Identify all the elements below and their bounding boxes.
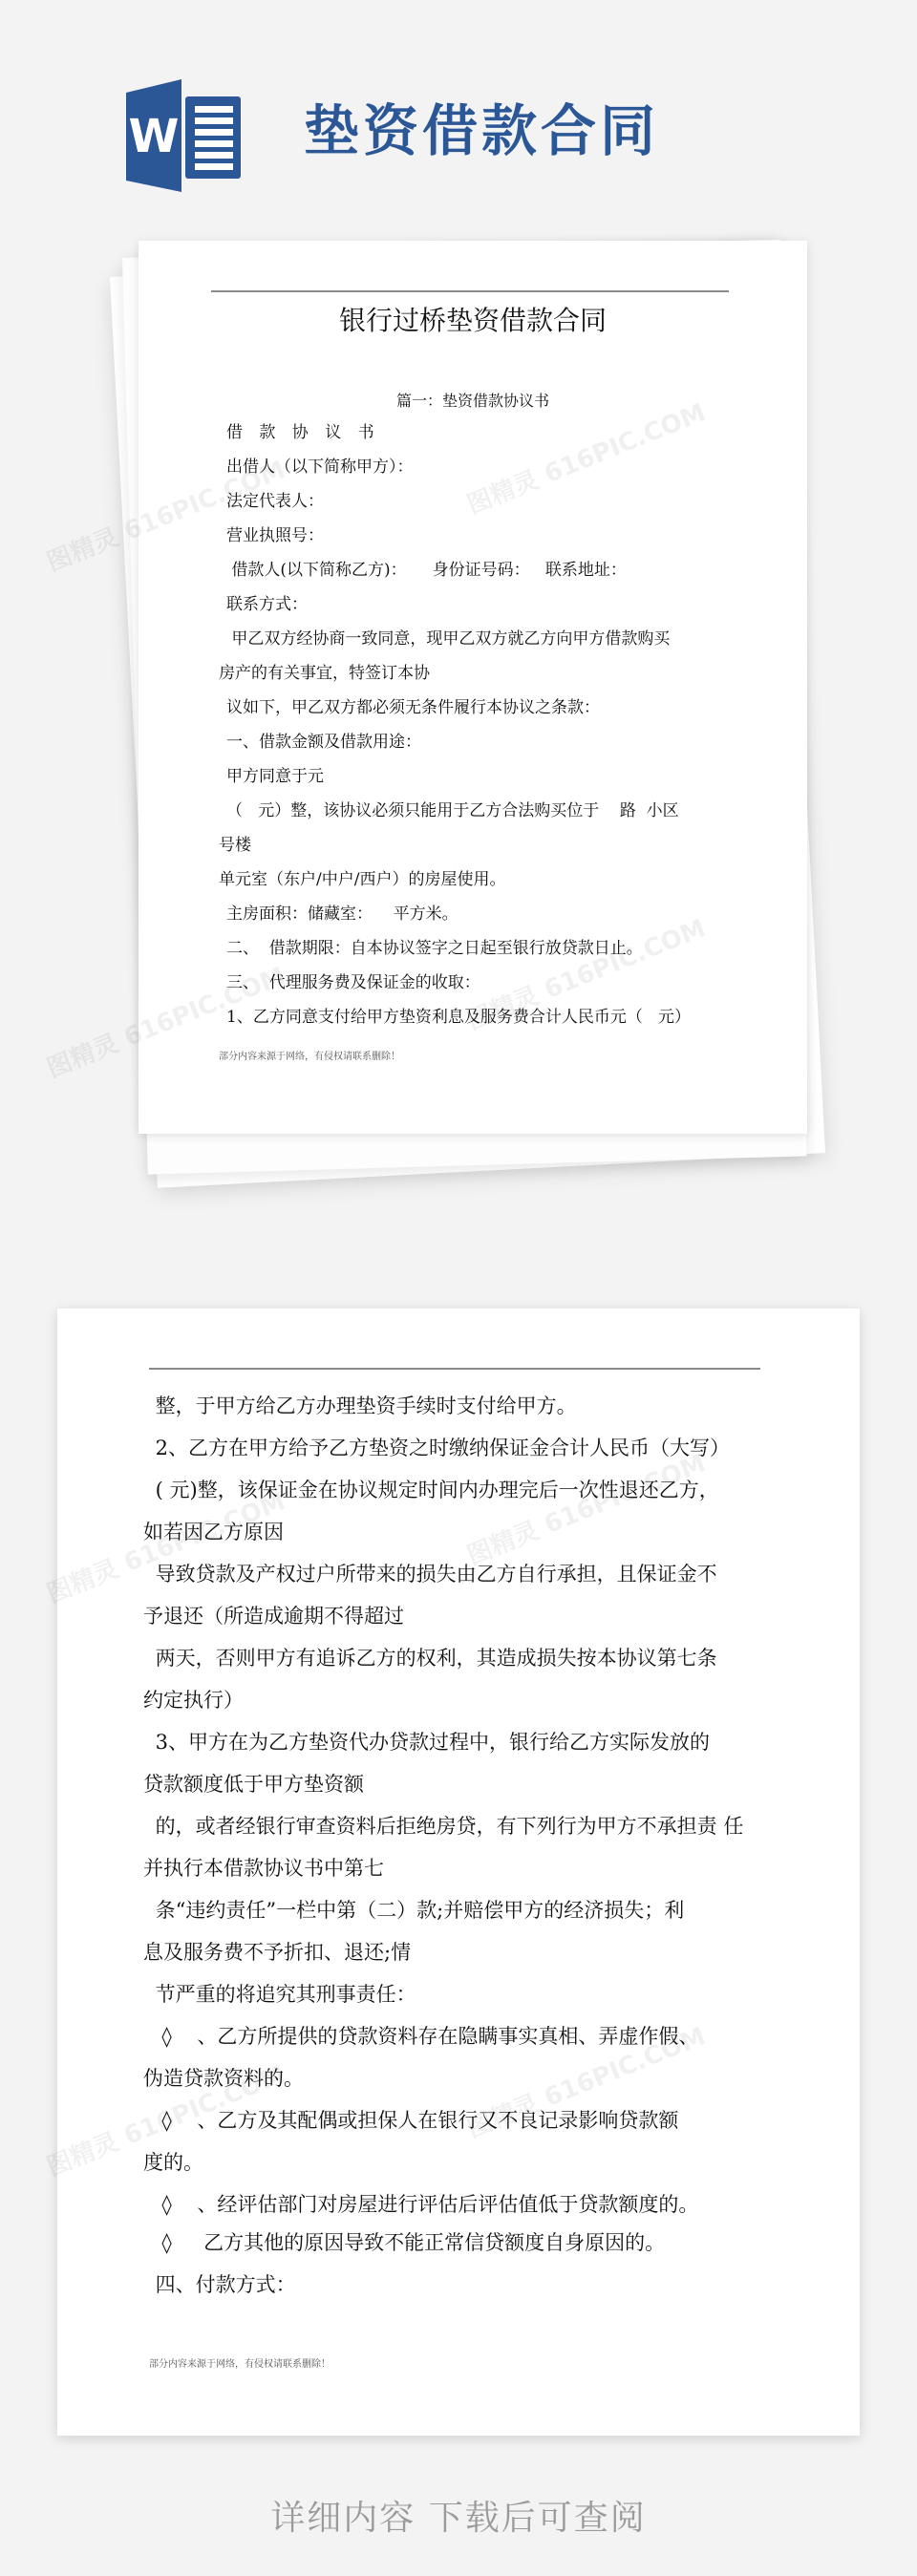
header-banner: W 垫资借款合同	[0, 0, 917, 220]
paragraph-line: 单元室（东户/中户/西户）的房屋使用。	[219, 865, 505, 889]
paragraph-line: 1、乙方同意支付给甲方垫资利息及服务费合计人民币元（ 元）	[226, 1003, 691, 1027]
paragraph-line: 两天，否则甲方有追诉乙方的权利，其造成损失按本协议第七条	[149, 1643, 717, 1671]
paragraph-line: 的，或者经银行审查资料后拒绝房贷，有下列行为甲方不承担责 任	[149, 1811, 743, 1840]
paragraph-line: 约定执行）	[143, 1685, 244, 1714]
paragraph-line: 出借人（以下简称甲方）：	[226, 453, 414, 477]
paragraph-line: 导致贷款及产权过户所带来的损失由乙方自行承担，且保证金不	[149, 1559, 717, 1587]
paragraph-line: 息及服务费不予折扣、退还;情	[143, 1937, 411, 1966]
paragraph-line: 一、借款金额及借款用途：	[226, 728, 421, 752]
paragraph-line: 二、 借款期限：自本协议签字之日起至银行放贷款日止。	[226, 934, 643, 958]
paragraph-line: 并执行本借款协议书中第七	[143, 1853, 384, 1882]
paragraph-line: 贷款额度低于甲方垫资额	[143, 1769, 364, 1798]
paragraph-line: 主房面积：储藏室： 平方米。	[226, 900, 458, 924]
header-rule	[149, 1368, 760, 1370]
paragraph-line: ( 元)整，该保证金在协议规定时间内办理完后一次性退还乙方，	[149, 1475, 719, 1503]
paragraph-line: 条“违约责任”一栏中第（二）款;并赔偿甲方的经济损失；利	[149, 1895, 684, 1924]
section-heading: 四、付款方式：	[149, 2269, 296, 2298]
document-page-1: 银行过桥垫资借款合同 篇一：垫资借款协议书 借 款 协 议 书 出借人（以下简称…	[139, 241, 807, 1134]
paragraph-line: 甲方同意于元	[226, 762, 324, 786]
paragraph-line: 三、 代理服务费及保证金的收取：	[226, 969, 480, 992]
paragraph-line: 伪造贷款资料的。	[143, 2063, 304, 2092]
paragraph-line: 节严重的将追究其刑事责任：	[149, 1979, 416, 2008]
svg-text:W: W	[129, 110, 180, 163]
paragraph-line: 度的。	[143, 2147, 203, 2176]
paragraph-line: 如若因乙方原因	[143, 1517, 284, 1545]
paragraph-line: 甲乙双方经协商一致同意，现甲乙双方就乙方向甲方借款购买	[226, 625, 670, 649]
document-title: 银行过桥垫资借款合同	[139, 300, 807, 338]
paragraph-line: 房产的有关事宜，特签订本协	[219, 659, 430, 683]
paragraph-line: 法定代表人：	[226, 487, 324, 511]
paragraph-line: 号楼	[219, 831, 251, 855]
list-item: ◊ 、乙方所提供的贷款资料存在隐瞒事实真相、弄虚作假、	[149, 2021, 698, 2050]
paragraph-line: 整，于甲方给乙方办理垫资手续时支付给甲方。	[149, 1391, 577, 1419]
paragraph-line: 借款人(以下简称乙方)： 身份证号码： 联系地址：	[226, 556, 627, 580]
paragraph-line: 予退还（所造成逾期不得超过	[143, 1601, 404, 1629]
paragraph-line: 2、乙方在甲方给予乙方垫资之时缴纳保证金合计人民币（大写）	[149, 1433, 730, 1461]
download-prompt: 详细内容 下载后可查阅	[0, 2491, 917, 2540]
list-item: ◊ 、乙方及其配偶或担保人在银行又不良记录影响贷款额	[149, 2105, 678, 2134]
paragraph-line: 借 款 协 议 书	[226, 418, 380, 442]
paragraph-line: 联系方式：	[226, 590, 308, 614]
word-document-icon: W	[126, 79, 246, 192]
disclaimer-note: 部分内容来源于网络，有侵权请联系删除！	[149, 2355, 331, 2370]
section-title: 篇一：垫资借款协议书	[139, 389, 807, 411]
paragraph-line: 议如下，甲乙双方都必须无条件履行本协议之条款：	[226, 693, 600, 717]
paragraph-line: 营业执照号：	[226, 522, 324, 545]
paragraph-line: （ 元）整，该协议必须只能用于乙方合法购买位于 路 小区	[226, 797, 679, 820]
paragraph-line: 3、甲方在为乙方垫资代办贷款过程中，银行给乙方实际发放的	[149, 1727, 710, 1756]
disclaimer-note: 部分内容来源于网络，有侵权请联系删除！	[219, 1048, 400, 1062]
document-page-2: 整，于甲方给乙方办理垫资手续时支付给甲方。 2、乙方在甲方给予乙方垫资之时缴纳保…	[57, 1309, 860, 2436]
header-title: 垫资借款合同	[304, 88, 659, 174]
list-item: ◊ 乙方其他的原因导致不能正常信贷额度自身原因的。	[149, 2227, 665, 2256]
header-rule	[211, 290, 729, 292]
list-item: ◊ 、经评估部门对房屋进行评估后评估值低于贷款额度的。	[149, 2189, 698, 2218]
